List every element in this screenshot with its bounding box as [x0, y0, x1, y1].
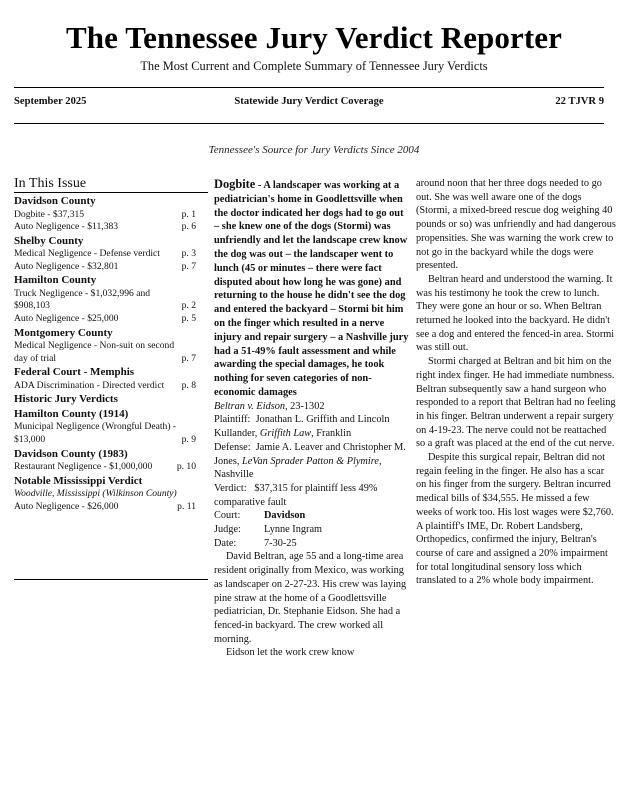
toc-item-page: p. 2	[182, 300, 196, 313]
toc-item-text: Medical Negligence - Defense verdict	[14, 248, 160, 259]
toc-item[interactable]: Auto Negligence - $32,801p. 7	[14, 261, 208, 274]
toc-item-text: Restaurant Negligence - $1,000,000	[14, 461, 152, 472]
tagline: Tennessee's Source for Jury Verdicts Sin…	[0, 144, 628, 156]
toc-item-page: p. 11	[177, 501, 196, 514]
toc-item-page: p. 1	[182, 209, 196, 222]
judge-label: Judge:	[214, 523, 264, 537]
toc-item-page: p. 6	[182, 221, 196, 234]
body-paragraph: Despite this surgical repair, Beltran di…	[416, 451, 616, 588]
toc-item-text: Medical Negligence - Non-suit on second …	[14, 340, 174, 364]
toc-section-title: Davidson County	[14, 195, 208, 209]
toc-item[interactable]: Auto Negligence - $26,000p. 11	[14, 501, 208, 514]
toc-item-text: Auto Negligence - $11,383	[14, 221, 118, 232]
toc-item-page: p. 3	[182, 248, 196, 261]
court-label: Court:	[214, 509, 264, 523]
toc-item-page: p. 8	[182, 380, 196, 393]
toc-item-page: p. 7	[182, 353, 196, 366]
case-number: , 23-1302	[285, 401, 324, 412]
toc-section-title: Hamilton County (1914)	[14, 408, 208, 422]
toc-item-text: Dogbite - $37,315	[14, 209, 84, 220]
toc-item[interactable]: Auto Negligence - $11,383p. 6	[14, 221, 208, 234]
toc-item[interactable]: Medical Negligence - Defense verdictp. 3	[14, 248, 208, 261]
toc-item-page: p. 7	[182, 261, 196, 274]
defense-firm: LeVan Sprader Patton & Plymire	[242, 456, 379, 467]
toc-item-page: p. 9	[182, 434, 196, 447]
toc-item-page: p. 5	[182, 313, 196, 326]
case-caption: Beltran v. Eidson, 23-1302	[214, 400, 410, 414]
article-headline: Dogbite - A landscaper was working at a …	[214, 178, 410, 400]
toc-item[interactable]: Restaurant Negligence - $1,000,000p. 10	[14, 461, 208, 474]
case-name: Beltran v. Eidson	[214, 401, 285, 412]
toc-item-text: Auto Negligence - $32,801	[14, 261, 118, 272]
toc-item[interactable]: ADA Discrimination - Directed verdictp. …	[14, 380, 208, 393]
date-row: Date:7-30-25	[214, 537, 410, 551]
coverage-label: Statewide Jury Verdict Coverage	[14, 96, 604, 107]
defense-counsel: Defense: Jamie A. Leaver and Christopher…	[214, 441, 410, 482]
defense-label: Defense:	[214, 442, 251, 453]
body-paragraph: around noon that her three dogs needed t…	[416, 177, 616, 273]
toc-item-text: ADA Discrimination - Directed verdict	[14, 380, 164, 391]
toc-section-title: Federal Court - Memphis	[14, 366, 208, 380]
toc-item-text: Auto Negligence - $25,000	[14, 313, 118, 324]
masthead-subtitle: The Most Current and Complete Summary of…	[0, 59, 628, 74]
toc-item[interactable]: Municipal Negligence (Wrongful Death) - …	[14, 421, 208, 446]
body-paragraph: Beltran heard and understood the warning…	[416, 273, 616, 355]
court-value: Davidson	[264, 509, 410, 523]
table-of-contents: In This Issue Davidson County Dogbite - …	[14, 175, 208, 513]
date-value: 7-30-25	[264, 537, 410, 551]
toc-location-note: Woodville, Mississippi (Wilkinson County…	[14, 488, 208, 501]
toc-section-title: Historic Jury Verdicts	[14, 393, 208, 407]
plaintiff-label: Plaintiff:	[214, 414, 250, 425]
toc-section-title: Shelby County	[14, 235, 208, 249]
article-column-middle: Dogbite - A landscaper was working at a …	[214, 178, 410, 660]
header-rule-bottom	[14, 123, 604, 124]
toc-item-page: p. 10	[177, 461, 196, 474]
plaintiff-firm: Griffith Law	[260, 428, 311, 439]
masthead-title: The Tennessee Jury Verdict Reporter	[0, 20, 628, 56]
header-rule-top	[14, 87, 604, 88]
judge-value: Lynne Ingram	[264, 523, 410, 537]
plaintiff-city: , Franklin	[311, 428, 351, 439]
toc-section-title: Hamilton County	[14, 274, 208, 288]
toc-item[interactable]: Auto Negligence - $25,000p. 5	[14, 313, 208, 326]
article-column-right: around noon that her three dogs needed t…	[416, 177, 616, 588]
court-row: Court:Davidson	[214, 509, 410, 523]
toc-section-title: Davidson County (1983)	[14, 448, 208, 462]
toc-item[interactable]: Medical Negligence - Non-suit on second …	[14, 340, 208, 365]
toc-item-text: Auto Negligence - $26,000	[14, 501, 118, 512]
toc-section-title: Montgomery County	[14, 327, 208, 341]
toc-item-text: Truck Negligence - $1,032,996 and $908,1…	[14, 288, 150, 312]
date-label: Date:	[214, 537, 264, 551]
verdict-label: Verdict:	[214, 483, 247, 494]
article-summary: - A landscaper was working at a pediatri…	[214, 180, 408, 398]
toc-closing-rule	[14, 579, 208, 580]
body-paragraph: Eidson let the work crew know	[214, 646, 410, 660]
verdict-line: Verdict: $37,315 for plaintiff less 49% …	[214, 482, 410, 509]
judge-row: Judge:Lynne Ingram	[214, 523, 410, 537]
issue-bar: September 2025 Statewide Jury Verdict Co…	[14, 96, 604, 112]
plaintiff-counsel: Plaintiff: Jonathan L. Griffith and Linc…	[214, 413, 410, 440]
toc-section-title: Notable Mississippi Verdict	[14, 475, 208, 489]
toc-heading: In This Issue	[14, 175, 208, 193]
article-kicker: Dogbite	[214, 177, 255, 191]
body-paragraph: David Beltran, age 55 and a long-time ar…	[214, 550, 410, 646]
body-paragraph: Stormi charged at Beltran and bit him on…	[416, 355, 616, 451]
issue-citation: 22 TJVR 9	[555, 96, 604, 107]
toc-item[interactable]: Dogbite - $37,315p. 1	[14, 209, 208, 222]
toc-item[interactable]: Truck Negligence - $1,032,996 and $908,1…	[14, 288, 208, 313]
toc-item-text: Municipal Negligence (Wrongful Death) - …	[14, 421, 176, 445]
